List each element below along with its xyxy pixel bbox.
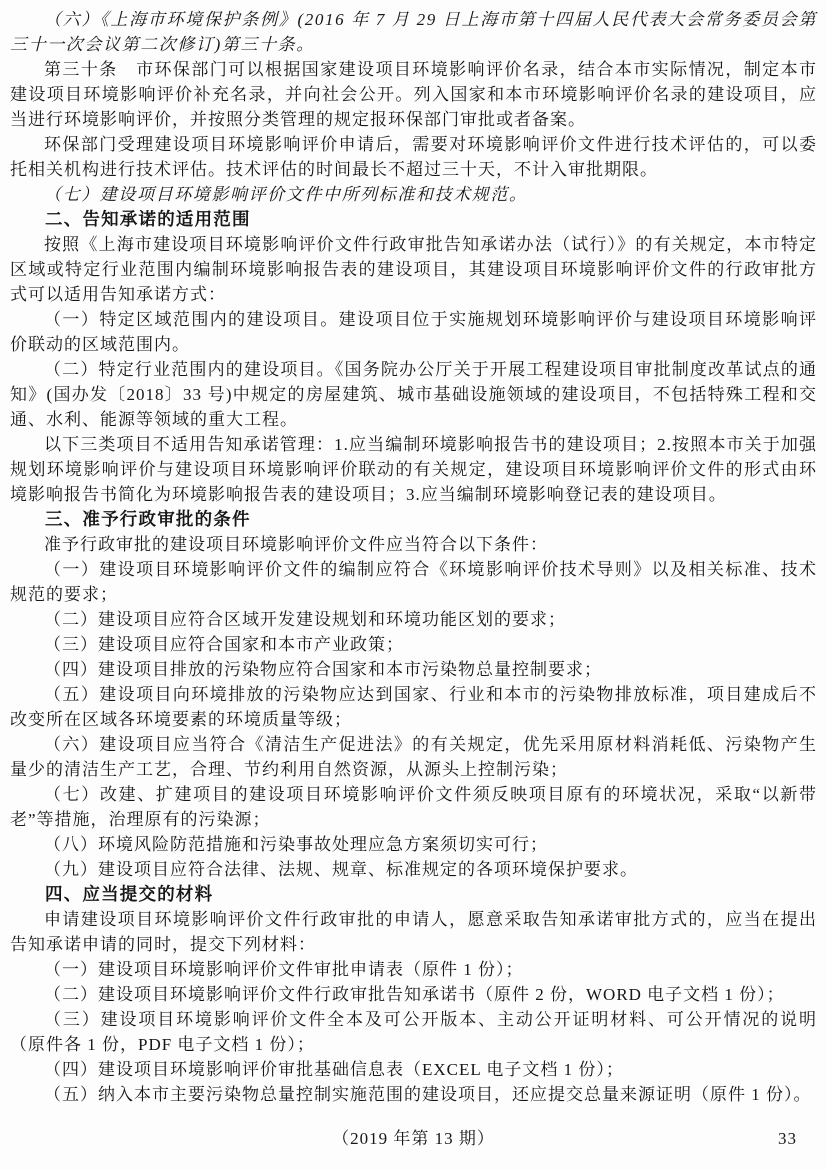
section-heading-2: 二、告知承诺的适用范围 [10, 207, 817, 232]
section-heading-3: 三、准予行政审批的条件 [10, 507, 817, 532]
footer-page-number: 33 [778, 1126, 797, 1151]
section-4-item-4: （四）建设项目环境影响评价审批基础信息表（EXCEL 电子文档 1 份）； [10, 1057, 817, 1082]
section-2-intro: 按照《上海市建设项目环境影响评价文件行政审批告知承诺办法（试行）》的有关规定，本… [10, 232, 817, 307]
section-3-intro: 准予行政审批的建设项目环境影响评价文件应当符合以下条件： [10, 532, 817, 557]
section-2-item-2: （二）特定行业范围内的建设项目。《国务院办公厅关于开展工程建设项目审批制度改革试… [10, 357, 817, 432]
section-4-item-5: （五）纳入本市主要污染物总量控制实施范围的建设项目，还应提交总量来源证明（原件 … [10, 1082, 817, 1107]
page-footer: （2019 年第 13 期） 33 [0, 1126, 827, 1151]
section-heading-4: 四、应当提交的材料 [10, 882, 817, 907]
section-3-item-9: （九）建设项目应符合法律、法规、规章、标准规定的各项环境保护要求。 [10, 857, 817, 882]
section-3-item-7: （七）改建、扩建项目的建设项目环境影响评价文件须反映项目原有的环境状况，采取“以… [10, 782, 817, 832]
document-page: （六）《上海市环境保护条例》(2016 年 7 月 29 日上海市第十四届人民代… [0, 0, 827, 1170]
cited-item-7: （七）建设项目环境影响评价文件中所列标准和技术规范。 [10, 182, 817, 207]
section-4-item-2: （二）建设项目环境影响评价文件行政审批告知承诺书（原件 2 份，WORD 电子文… [10, 982, 817, 1007]
section-4-intro: 申请建设项目环境影响评价文件行政审批的申请人，愿意采取告知承诺审批方式的，应当在… [10, 907, 817, 957]
section-4-item-1: （一）建设项目环境影响评价文件审批申请表（原件 1 份）； [10, 957, 817, 982]
cited-item-6: （六）《上海市环境保护条例》(2016 年 7 月 29 日上海市第十四届人民代… [10, 7, 817, 57]
section-4-item-3: （三）建设项目环境影响评价文件全本及可公开版本、主动公开证明材料、可公开情况的说… [10, 1007, 817, 1057]
section-3-item-6: （六）建设项目应当符合《清洁生产促进法》的有关规定，优先采用原材料消耗低、污染物… [10, 732, 817, 782]
section-3-item-3: （三）建设项目应符合国家和本市产业政策； [10, 632, 817, 657]
section-3-item-5: （五）建设项目向环境排放的污染物应达到国家、行业和本市的污染物排放标准，项目建成… [10, 682, 817, 732]
section-3-item-1: （一）建设项目环境影响评价文件的编制应符合《环境影响评价技术导则》以及相关标准、… [10, 557, 817, 607]
section-2-item-1: （一）特定区域范围内的建设项目。建设项目位于实施规划环境影响评价与建设项目环境影… [10, 307, 817, 357]
document-body: （六）《上海市环境保护条例》(2016 年 7 月 29 日上海市第十四届人民代… [10, 7, 817, 1107]
section-3-item-4: （四）建设项目排放的污染物应符合国家和本市污染物总量控制要求； [10, 657, 817, 682]
article-30-paragraph-2: 环保部门受理建设项目环境影响评价申请后，需要对环境影响评价文件进行技术评估的，可… [10, 132, 817, 182]
section-3-item-2: （二）建设项目应符合区域开发建设规划和环境功能区划的要求； [10, 607, 817, 632]
footer-issue-label: （2019 年第 13 期） [0, 1126, 827, 1151]
article-30-paragraph-1: 第三十条 市环保部门可以根据国家建设项目环境影响评价名录，结合本市实际情况，制定… [10, 57, 817, 132]
section-3-item-8: （八）环境风险防范措施和污染事故处理应急方案须切实可行； [10, 832, 817, 857]
section-2-exclusions: 以下三类项目不适用告知承诺管理：1.应当编制环境影响报告书的建设项目；2.按照本… [10, 432, 817, 507]
